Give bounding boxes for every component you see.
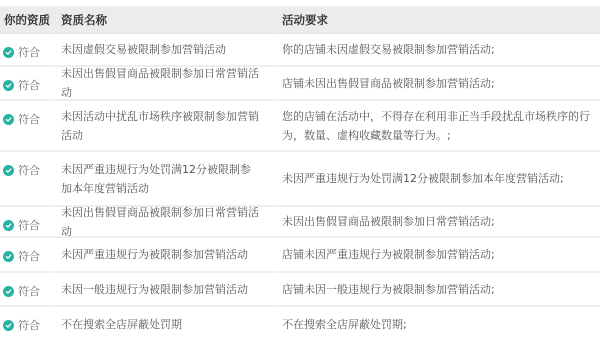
check-circle-icon bbox=[3, 251, 14, 262]
status-label: 符合 bbox=[18, 43, 40, 62]
status-label: 符合 bbox=[18, 247, 40, 266]
check-circle-icon bbox=[3, 320, 14, 331]
activity-requirement: 店铺未因一般违规行为被限制参加营销活动; bbox=[274, 273, 600, 307]
status-cell: 符合 bbox=[0, 238, 51, 273]
qualification-name: 未因严重违规行为被限制参加营销活动 bbox=[52, 238, 273, 273]
header-name: 资质名称 bbox=[52, 6, 273, 34]
qualification-name: 未因虚假交易被限制参加营销活动 bbox=[52, 34, 273, 67]
status-cell: 符合 bbox=[0, 273, 51, 307]
status-cell: 符合 bbox=[0, 307, 51, 341]
activity-requirement: 不在搜索全店屏蔽处罚期; bbox=[274, 307, 600, 341]
status-cell: 符合 bbox=[0, 152, 51, 207]
activity-requirement: 店铺未因出售假冒商品被限制参加营销活动; bbox=[274, 67, 600, 101]
check-circle-icon bbox=[3, 80, 14, 91]
status-label: 符合 bbox=[18, 76, 40, 95]
activity-requirement: 未因出售假冒商品被限制参加日常营销活动; bbox=[274, 207, 600, 238]
status-cell: 符合 bbox=[0, 207, 51, 238]
status-label: 符合 bbox=[18, 161, 40, 180]
qualification-table: 你的资质 资质名称 活动要求 符合 未因虚假交易被限制参加营销活动 你的店铺未因… bbox=[0, 6, 600, 341]
status-label: 符合 bbox=[18, 316, 40, 335]
activity-requirement: 未因严重违规行为处罚满12分被限制参加本年度营销活动; bbox=[274, 152, 600, 207]
status-label: 符合 bbox=[18, 282, 40, 301]
qualification-name: 未因出售假冒商品被限制参加日常营销活动 bbox=[52, 67, 273, 101]
status-label: 符合 bbox=[18, 216, 40, 235]
check-circle-icon bbox=[3, 114, 14, 125]
status-cell: 符合 bbox=[0, 101, 51, 152]
check-circle-icon bbox=[3, 286, 14, 297]
status-cell: 符合 bbox=[0, 67, 51, 101]
status-label: 符合 bbox=[18, 110, 40, 129]
check-circle-icon bbox=[3, 165, 14, 176]
qualification-name: 未因一般违规行为被限制参加营销活动 bbox=[52, 273, 273, 307]
qualification-name: 未因出售假冒商品被限制参加日常营销活动 bbox=[52, 207, 273, 238]
qualification-name: 未因活动中扰乱市场秩序被限制参加营销活动 bbox=[52, 101, 273, 152]
status-cell: 符合 bbox=[0, 34, 51, 67]
header-requirement: 活动要求 bbox=[274, 6, 600, 34]
check-circle-icon bbox=[3, 220, 14, 231]
check-circle-icon bbox=[3, 47, 14, 58]
qualification-grid: 你的资质 资质名称 活动要求 符合 未因虚假交易被限制参加营销活动 你的店铺未因… bbox=[0, 6, 600, 341]
qualification-name: 不在搜索全店屏蔽处罚期 bbox=[52, 307, 273, 341]
header-qualification: 你的资质 bbox=[0, 6, 51, 34]
activity-requirement: 你的店铺未因虚假交易被限制参加营销活动; bbox=[274, 34, 600, 67]
qualification-name: 未因严重违规行为处罚满12分被限制参加本年度营销活动 bbox=[52, 152, 273, 207]
activity-requirement: 店铺未因严重违规行为被限制参加营销活动; bbox=[274, 238, 600, 273]
activity-requirement: 您的店铺在活动中，不得存在利用非正当手段扰乱市场秩序的行为，数量、虚构收藏数量等… bbox=[274, 101, 600, 152]
